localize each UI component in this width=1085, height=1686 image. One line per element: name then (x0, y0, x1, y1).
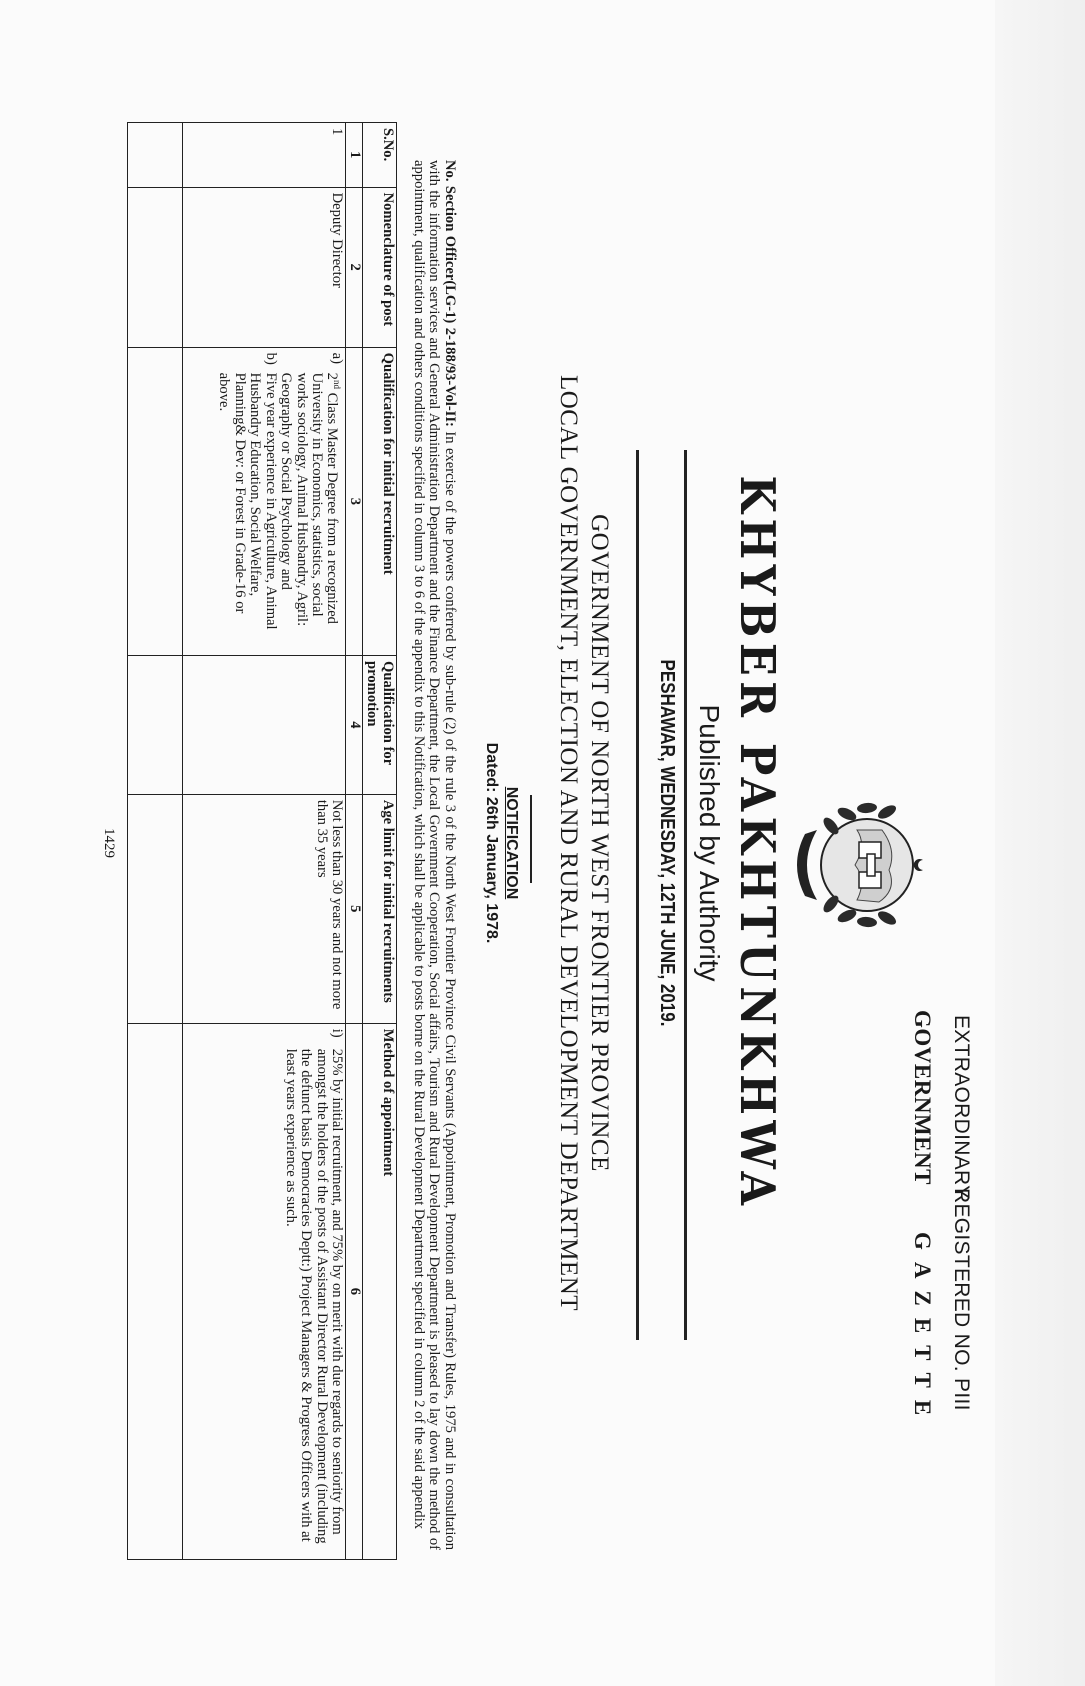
extraordinary-label: EXTRAORDINARY (949, 1015, 973, 1199)
column-number: 6 (346, 1023, 363, 1559)
empty-cell (128, 187, 183, 347)
cell-sno: 1 (183, 123, 346, 188)
header-rule-bottom (636, 450, 639, 1340)
empty-cell (128, 1023, 183, 1559)
cell-qualification-initial: a) 2nd Class Master Degree from a recogn… (183, 347, 346, 655)
column-number: 5 (346, 794, 363, 1023)
empty-cell (128, 656, 183, 795)
gazette-label: GAZETTE (909, 1232, 935, 1427)
cell-qualification-promotion (183, 656, 346, 795)
column-number: 4 (346, 656, 363, 795)
empty-cell (128, 794, 183, 1023)
qualification-item: a) 2nd Class Master Degree from a recogn… (278, 353, 345, 650)
column-number: 1 (346, 123, 363, 188)
table-row-continued (128, 123, 183, 1560)
column-number: 3 (346, 347, 363, 655)
appendix-table: S.No. Nomenclature of post Qualification… (128, 122, 398, 1560)
item-text: 2nd Class Master Degree from a recognize… (278, 373, 345, 650)
notification-body: No. Section Officer(LG-1) 2-188/93-Vol-I… (411, 160, 458, 1550)
qualification-item: b) Five year experience in Agriculture, … (216, 353, 278, 650)
method-item: i) 25% by initial recruitment, and 75% b… (283, 1029, 345, 1554)
cell-post: Deputy Director (183, 187, 346, 347)
header-qualification-promotion: Qualification for promotion (363, 656, 397, 795)
gazette-page: EXTRAORDINARY REGISTERED NO. PIII GOVERN… (0, 0, 1085, 1686)
header-sno: S.No. (363, 123, 397, 188)
header-qualification-initial: Qualification for initial recruitment (363, 347, 397, 655)
header-age-limit: Age limit for initial recruitments (363, 794, 397, 1023)
cell-method: i) 25% by initial recruitment, and 75% b… (183, 1023, 346, 1559)
notification-heading: NOTIFICATION (502, 0, 520, 1686)
page-number: 1429 (100, 0, 117, 1686)
item-text: 25% by initial recruitment, and 75% by o… (283, 1049, 345, 1554)
dateline: PESHAWAR, WEDNESDAY, 12TH JUNE, 2019. (655, 126, 678, 1559)
cell-age-limit: Not less than 30 years and not more than… (183, 794, 346, 1023)
registered-number: REGISTERED NO. PIII (949, 1188, 973, 1411)
item-label: a) (278, 353, 345, 373)
government-title: GOVERNMENT OF NORTH WEST FRONTIER PROVIN… (585, 0, 613, 1686)
item-label: i) (283, 1029, 345, 1049)
empty-cell (128, 123, 183, 188)
column-number-row: 1 2 3 4 5 6 (346, 123, 363, 1560)
department-title: LOCAL GOVERNMENT, ELECTION AND RURAL DEV… (554, 0, 582, 1686)
table-header-row: S.No. Nomenclature of post Qualification… (363, 123, 397, 1560)
government-label: GOVERNMENT (909, 1010, 935, 1185)
empty-cell (128, 347, 183, 655)
header-post: Nomenclature of post (363, 187, 397, 347)
notification-date: Dated: 26th January, 1978. (482, 0, 500, 1686)
section-divider (530, 795, 532, 883)
header-rule-top (684, 450, 687, 1340)
provincial-emblem-icon (787, 790, 937, 940)
header-method: Method of appointment (363, 1023, 397, 1559)
notification-reference: No. Section Officer(LG-1) 2-188/93-Vol-I… (442, 160, 458, 427)
published-by: Published by Authority (693, 0, 725, 1686)
table-row: 1 Deputy Director a) 2nd Class Master De… (183, 123, 346, 1560)
main-title: KHYBER PAKHTUNKHWA (729, 84, 785, 1601)
item-text: Five year experience in Agriculture, Ani… (216, 373, 278, 650)
item-label: b) (216, 353, 278, 373)
column-number: 2 (346, 187, 363, 347)
